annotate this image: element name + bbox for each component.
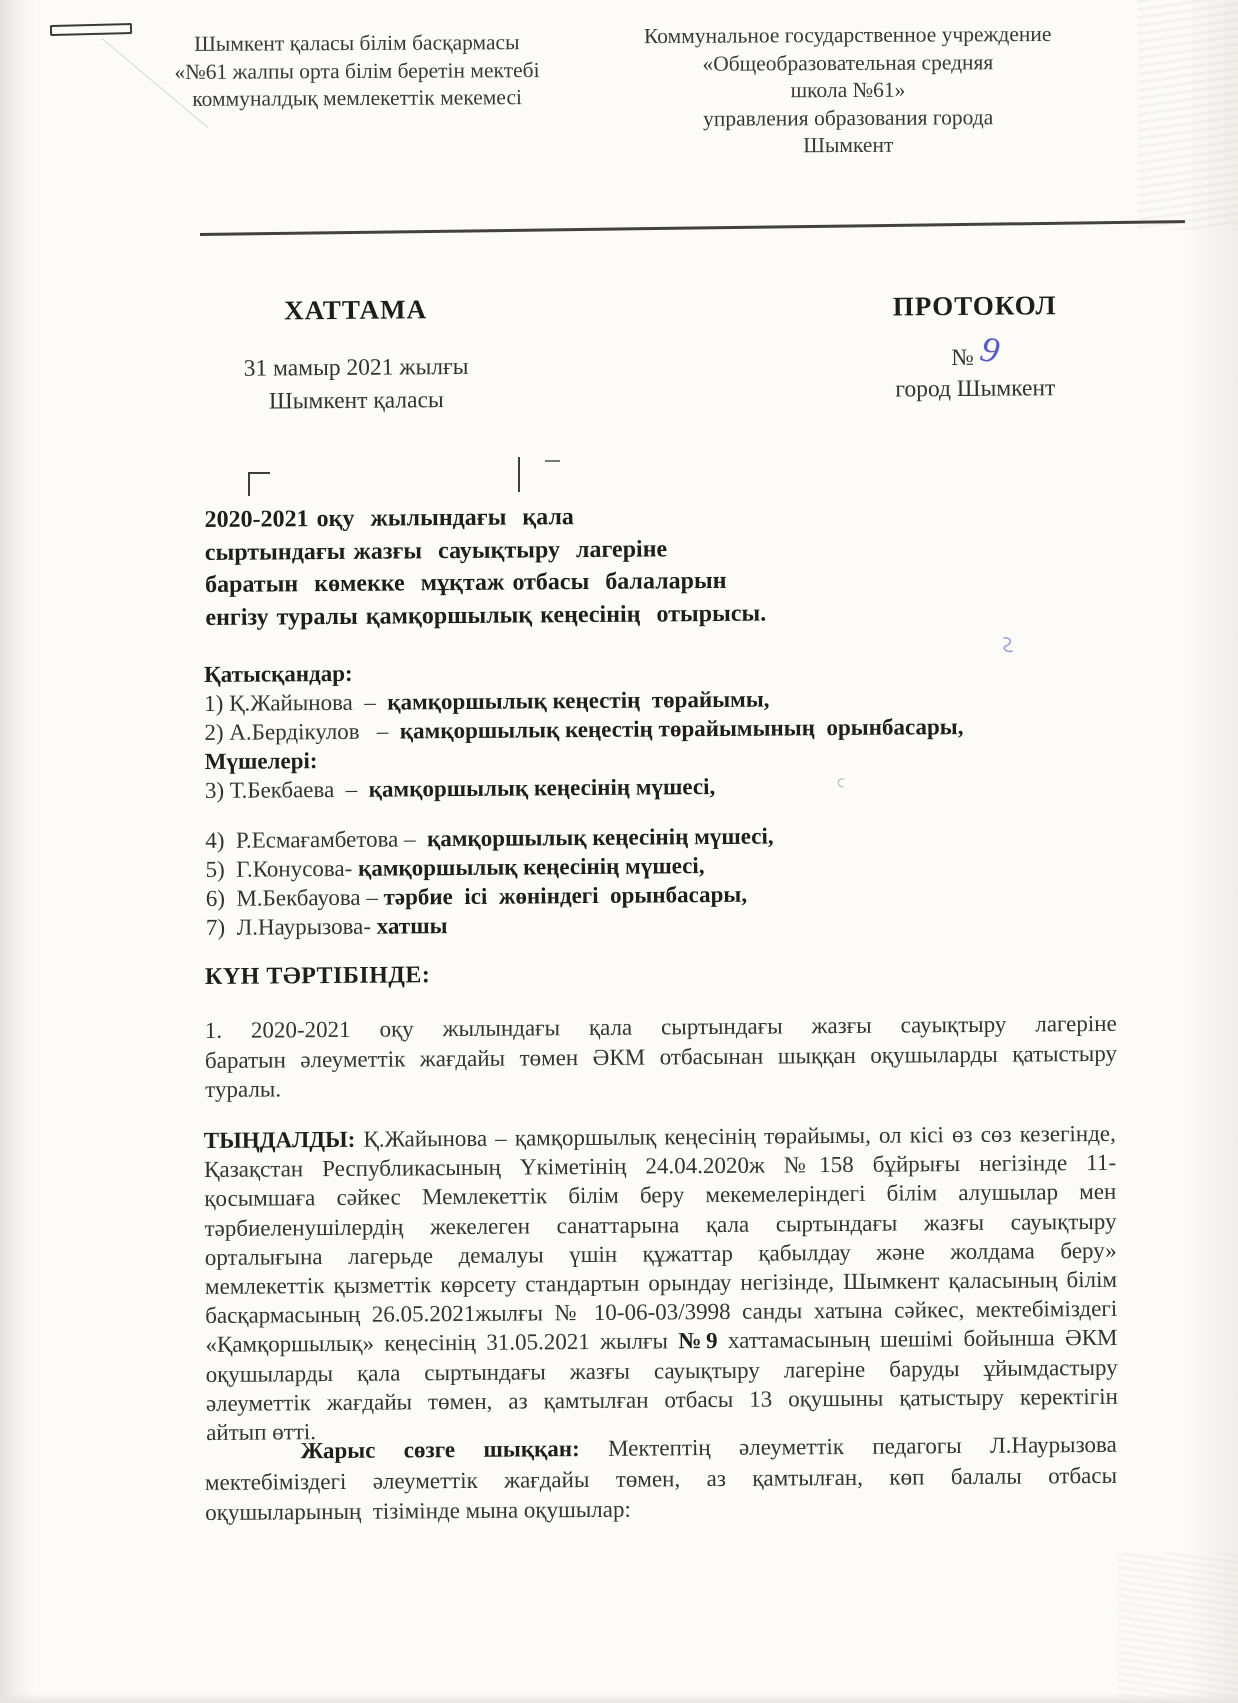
title-block-kazakh: ХАТТАМА 31 мамыр 2021 жылғы Шымкент қала…: [206, 294, 507, 419]
title-block-russian: ПРОТОКОЛ №9 город Шымкент: [825, 290, 1126, 407]
city-line-kazakh: Шымкент қаласы: [206, 384, 506, 419]
org-name-kazakh: Шымкент қаласы білім басқармасы«№61 жалп…: [127, 29, 587, 114]
scan-texture-top-right: [1138, 0, 1238, 230]
crop-corner-left-mark: [248, 472, 270, 496]
document-title-russian: ПРОТОКОЛ: [825, 290, 1125, 323]
text-line: баратын көмекке мұқтаж отбасы балаларын: [205, 564, 785, 601]
text-line: оқушыларының тізімінде мына оқушылар:: [205, 1491, 1117, 1529]
number-sign: №: [951, 345, 974, 371]
text-line: 3) Т.Бекбаева – қамқоршылық кеңесінің мү…: [205, 769, 1120, 805]
participants-list: Қатысқандар:1) Қ.Жайынова – қамқоршылық …: [204, 653, 1121, 942]
text-line: енгізу туралы қамқоршылық кеңесінің отыр…: [205, 597, 785, 634]
scan-edge-bottom: [0, 1693, 1238, 1703]
document-title-kazakh: ХАТТАМА: [206, 294, 506, 327]
text-line: сыртындағы жазғы сауықтыру лагеріне: [205, 532, 785, 569]
protocol-number-line: №9: [825, 337, 1125, 374]
text-line: Шымкент қаласы білім басқармасы: [127, 29, 587, 59]
scan-tab-mark: [50, 23, 132, 36]
pen-squiggle-mark: [1000, 636, 1016, 656]
agenda-item: 1. 2020-2021 оқу жылындағы қала сыртында…: [205, 1009, 1118, 1105]
scan-edge-left: [0, 0, 36, 1703]
text-line: 7) Л.Наурызова- хатшы: [206, 906, 1121, 942]
text-line: Шымкент: [613, 131, 1083, 161]
text-line: «№61 жалпы орта білім беретін мектебі: [127, 56, 587, 86]
city-line-russian: город Шымкент: [825, 372, 1125, 407]
crop-corner-right-dash: [545, 460, 560, 462]
org-name-russian: Коммунальное государственное учреждение«…: [613, 21, 1084, 161]
handwritten-number: 9: [978, 333, 1002, 366]
scan-texture-bottom-right: [1118, 1553, 1238, 1703]
text-line: управления образования города: [613, 103, 1083, 133]
text-line: 2020-2021 оқу жылындағы қала: [204, 499, 784, 536]
header-divider-line: [200, 220, 1185, 236]
crop-corner-right-mark: [518, 457, 520, 492]
small-scan-mark: [833, 776, 847, 790]
date-line-kazakh: 31 мамыр 2021 жылғы: [206, 351, 506, 386]
heard-section: ТЫҢДАЛДЫ: Қ.Жайынова – қамқоршылық кеңес…: [204, 1119, 1118, 1447]
text-line: коммуналдық мемлекеттік мекемесі: [127, 84, 587, 114]
text-line: школа №61»: [613, 76, 1083, 106]
speech-section: Жарыс сөзге шыққан: Мектептің әлеуметтік…: [205, 1430, 1118, 1529]
text-line: «Общеобразовательная средняя: [613, 48, 1083, 78]
text-line: Коммунальное государственное учреждение: [613, 21, 1083, 51]
agenda-heading: КҮН ТӘРТІБІНДЕ:: [205, 962, 431, 991]
scanned-protocol-page: Шымкент қаласы білім басқармасы«№61 жалп…: [0, 0, 1238, 1703]
meeting-subject: 2020-2021 оқу жылындағы қаласыртындағы ж…: [204, 499, 785, 634]
scan-edge-right: [1184, 0, 1238, 1703]
